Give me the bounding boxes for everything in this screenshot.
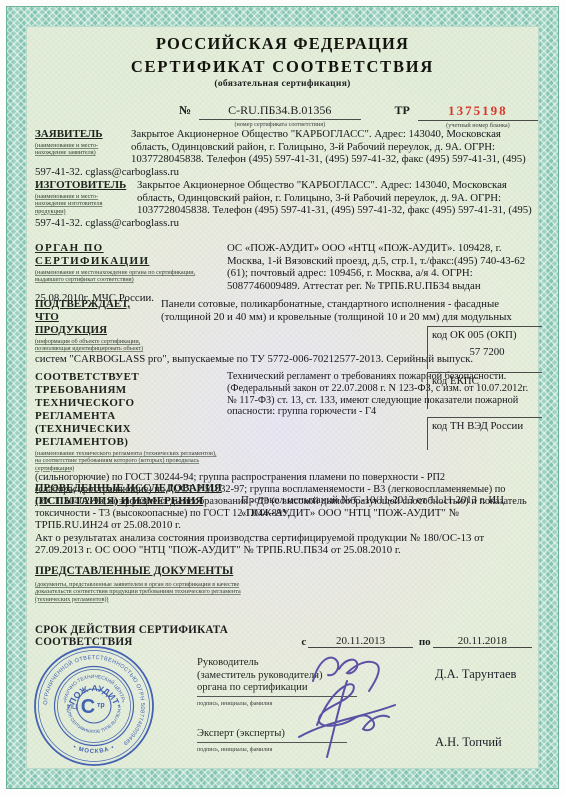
code-okp-value: 57 7200 [432,346,542,358]
product-label-line2: ПРОДУКЦИЯ [35,324,151,337]
research-label-line1: ПРОВЕДЕННЫЕ ИССЛЕДОВАНИЯ [35,482,231,495]
certificate-title: СЕРТИФИКАТ СООТВЕТСТВИЯ [27,57,538,77]
code-ekps-label: код ЕКПС [432,375,542,387]
research-label-line2: (ИСПЫТАНИЯ) И ИЗМЕРЕНИЯ [35,495,231,508]
code-box-ekps: код ЕКПС [427,372,542,409]
number-sign: № [179,103,191,118]
compliance-label-line1: СООТВЕТСТВУЕТ ТРЕБОВАНИЯМ [35,371,217,397]
manufacturer-sublabel: (наименование и место-нахождение изготов… [35,193,127,215]
code-okp-label: код ОК 005 (ОКП) [432,329,542,341]
stamp-ic-text: ИЦ [67,704,78,711]
compliance-sublabel: (наименование технического регламента (т… [35,450,217,472]
applicant-label: ЗАЯВИТЕЛЬ [35,128,121,141]
section-certification-body: ОРГАН ПО СЕРТИФИКАЦИИ (наименование и ме… [35,242,532,305]
section-documents: ПРЕДСТАВЛЕННЫЕ ДОКУМЕНТЫ (документы, пре… [35,565,532,603]
number-row: № C-RU.ПБ34.В.01356 (номер сертификата с… [179,103,538,129]
certificate-number-field: C-RU.ПБ34.В.01356 (номер сертификата соо… [199,103,360,128]
certificate-number: C-RU.ПБ34.В.01356 [199,103,360,120]
validity-to-prefix: по [419,636,431,648]
expert-name: А.Н. Топчий [435,735,502,750]
validity-to-date: 20.11.2018 [433,635,532,648]
validity-from-prefix: с [301,636,306,648]
blank-number-field: 1375198 (учетный номер бланка) [418,103,538,129]
head-name: Д.А. Тарунтаев [435,667,516,682]
section-manufacturer: ИЗГОТОВИТЕЛЬ (наименование и место-нахож… [35,179,532,229]
product-label-line1: ПОДТВЕРЖДАЕТ, ЧТО [35,298,151,324]
stamp-mark-letter: С [81,696,95,718]
compliance-label-line2: ТЕХНИЧЕСКОГО РЕГЛАМЕНТА [35,397,217,423]
certificate-number-caption: (номер сертификата соответствия) [199,120,360,128]
certificate-field: РОССИЙСКАЯ ФЕДЕРАЦИЯ СЕРТИФИКАТ СООТВЕТС… [26,26,539,769]
documents-label: ПРЕДСТАВЛЕННЫЕ ДОКУМЕНТЫ [35,565,532,578]
compliance-label-block: СООТВЕТСТВУЕТ ТРЕБОВАНИЯМ ТЕХНИЧЕСКОГО Р… [35,371,217,472]
product-label-block: ПОДТВЕРЖДАЕТ, ЧТО ПРОДУКЦИЯ (информация … [35,298,151,353]
manufacturer-label-block: ИЗГОТОВИТЕЛЬ (наименование и место-нахож… [35,179,127,215]
certification-body-label-block: ОРГАН ПО СЕРТИФИКАЦИИ (наименование и ме… [35,242,217,284]
applicant-label-block: ЗАЯВИТЕЛЬ (наименование и место-нахожден… [35,128,121,157]
research-act-text: Акт о результатах анализа состояния прои… [35,532,532,557]
code-box-tnved: код ТН ВЭД России [427,417,542,450]
certification-body-sublabel: (наименование и местонахождение органа п… [35,269,217,284]
blank-number: 1375198 [418,103,538,121]
code-box-okp: код ОК 005 (ОКП) 57 7200 [427,326,542,369]
certification-body-label: ОРГАН ПО СЕРТИФИКАЦИИ [35,242,217,268]
section-research: ПРОВЕДЕННЫЕ ИССЛЕДОВАНИЯ (ИСПЫТАНИЯ) И И… [35,482,532,557]
applicant-sublabel: (наименование и место-нахождение заявите… [35,142,121,157]
certificate-page: РОССИЙСКАЯ ФЕДЕРАЦИЯ СЕРТИФИКАТ СООТВЕТС… [0,0,565,795]
code-tnved-label: код ТН ВЭД России [432,420,542,432]
country-title: РОССИЙСКАЯ ФЕДЕРАЦИЯ [27,34,538,54]
research-label-block: ПРОВЕДЕННЫЕ ИССЛЕДОВАНИЯ (ИСПЫТАНИЯ) И И… [35,482,231,508]
certification-stamp: ОБЩЕСТВО С ОГРАНИЧЕННОЙ ОТВЕТСТВЕННОСТЬЮ… [31,643,157,769]
compliance-label-line3: (ТЕХНИЧЕСКИХ РЕГЛАМЕНТОВ) [35,423,217,449]
documents-sublabel: (документы, представленные заявителем в … [35,581,260,603]
manufacturer-label: ИЗГОТОВИТЕЛЬ [35,179,127,192]
tr-label: ТР [395,103,410,118]
certificate-subtitle: (обязательная сертификация) [27,79,538,89]
product-sublabel: (информация об объекте сертификации, поз… [35,338,151,353]
section-applicant: ЗАЯВИТЕЛЬ (наименование и место-нахожден… [35,128,532,178]
expert-signature-icon [293,675,409,763]
stamp-mark-small: тр [97,702,105,709]
